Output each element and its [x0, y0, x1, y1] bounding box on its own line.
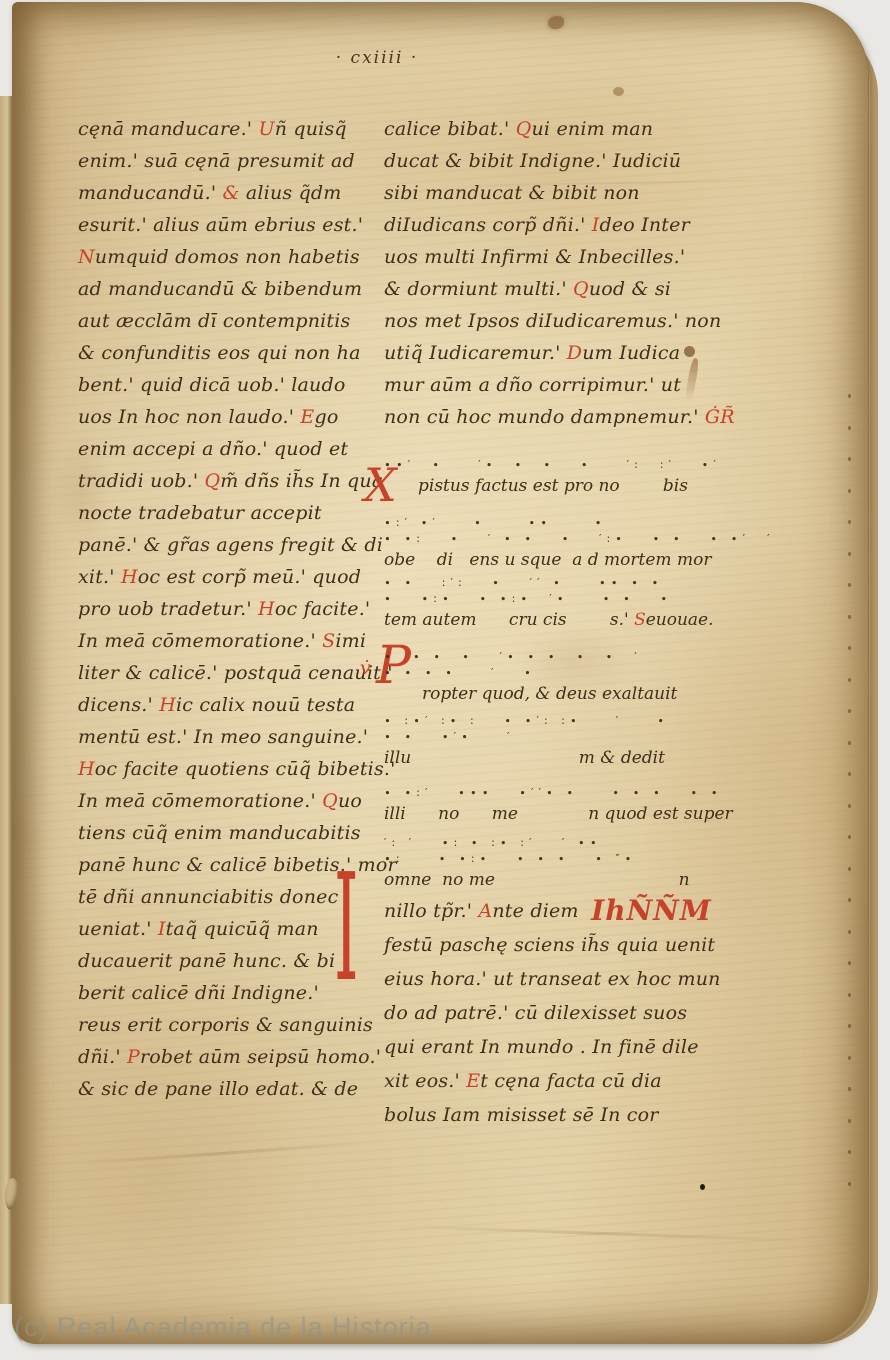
chant-text-line: obe di ens u sque a d mortem mor: [384, 547, 734, 573]
text-line: dicens.' Hic calix nouū testa: [78, 690, 378, 722]
neume-row: ∙ ∙:∙ ∙ ∙:∙ ′∙ ∙ ∙ ∙: [384, 591, 734, 607]
text-line: Numquid domos non habetis: [78, 242, 378, 274]
text-line: do ad patrē.' cū dilexisset suos: [384, 997, 724, 1031]
prick-hole: [848, 1119, 851, 1123]
text-line: panē.' & gr̃as agens fregit & di: [78, 530, 378, 562]
text-line: berit calicē dñi Indigne.': [78, 978, 378, 1010]
text-line: nocte tradebatur accepit: [78, 498, 378, 530]
text-line: In meā cōmemoratione.' Simi: [78, 626, 378, 658]
text-line: & dormiunt multi.' Quod & si: [384, 274, 720, 306]
right-text-column: calice bibat.' Qui enim manducat & bibit…: [384, 114, 720, 434]
parchment-page: · cxiiii · cęnā manducare.' Uñ quisq̃eni…: [12, 2, 869, 1344]
neume-row: ∙ ∙: ∙ ′ ∙ ∙ ∙ ′:∙ ∙ ∙ ∙ ∙′ ′: [384, 531, 734, 547]
text-line: uos In hoc non laudo.' Ego: [78, 402, 378, 434]
neume-row: ′: ′ ∙: ∙ :∙ :′ ′ ∙∙: [384, 835, 734, 851]
prick-hole: [848, 930, 851, 934]
chant-system: ∙ ∙ :′: ∙ ′′ ∙ ∙∙ ∙ ∙∙ ∙:∙ ∙ ∙:∙ ′∙ ∙ ∙ …: [384, 575, 734, 633]
prick-hole: [848, 835, 851, 839]
folio-number: · cxiiii ·: [302, 48, 452, 68]
prick-hole: [848, 583, 851, 587]
text-line: xit.' Hoc est corp̃ meū.' quod: [78, 562, 378, 594]
gospel-margin-initial: I: [334, 858, 359, 998]
manuscript-scan: { "page": { "folio_number": "· cxiiii ·"…: [0, 0, 890, 1360]
text-line: xit eos.' Et cęna facta cū dia: [384, 1065, 724, 1099]
text-line: enim accepi a dño.' quod et: [78, 434, 378, 466]
prick-hole: [848, 520, 851, 524]
prick-hole: [848, 772, 851, 776]
neume-row: ∙:′ ∙′ ∙ ∙∙ ∙: [384, 515, 734, 531]
text-line: In meā cōmemoratione.' Quo: [78, 786, 378, 818]
neume-row: ∙: ∙ ∙:∙ ∙ ∙ ∙ ∙ ″∙: [384, 851, 734, 867]
chant-system: ∙ ∙:′ ∙∙∙ ∙′′∙ ∙ ∙ ∙ ∙ ∙ ∙illi no me n q…: [384, 785, 734, 827]
chant-notation-block: X v̇ P ∙∙′ ∙ ′∙ ∙ ∙ ∙ ′: :′ ∙′pistus fac…: [384, 449, 734, 901]
neume-row: ∙ ∙:′ ∙∙∙ ∙′′∙ ∙ ∙ ∙ ∙ ∙ ∙: [384, 785, 734, 801]
neume-row: ∙ ∙ ∙′∙ ′: [384, 729, 734, 745]
chant-text-line: ropter quod, & deus exaltauit: [422, 681, 734, 707]
prick-hole: [848, 804, 851, 808]
text-line: panē hunc & calicē bibetis.' mor: [78, 850, 378, 882]
chant-text-line: pistus factus est pro no bis: [418, 473, 734, 499]
text-line: nos met Ipsos diIudicaremus.' non: [384, 306, 720, 338]
text-line: qui erant In mundo . In finē dile: [384, 1031, 724, 1065]
text-line: ad manducandū & bibendum: [78, 274, 378, 306]
prick-hole: [848, 961, 851, 965]
chant-system: ∙ ∙ ∙ ∙ ′∙ ∙ ∙ ∙ ∙ ′∙ ∙ ∙ ∙ ′ ∙ropter qu…: [384, 649, 734, 707]
neume-row: ∙ ∙ ∙ ∙ ′∙ ∙ ∙ ∙ ∙ ′: [384, 649, 734, 665]
text-line: sibi manducat & bibit non: [384, 178, 720, 210]
text-line: bolus Iam misisset sē In cor: [384, 1099, 724, 1133]
text-line: tē dñi annunciabitis donec: [78, 882, 378, 914]
text-line: ueniat.' Itaq̃ quicūq̃ man: [78, 914, 378, 946]
prick-hole: [848, 1087, 851, 1091]
text-line: nillo tp̃r.' Ante diem IhÑÑM: [384, 895, 724, 929]
text-line: aut æcclām dī contempnitis: [78, 306, 378, 338]
prick-hole: [848, 678, 851, 682]
prick-hole: [848, 1024, 851, 1028]
text-line: pro uob tradetur.' Hoc facite.': [78, 594, 378, 626]
prick-hole: [848, 646, 851, 650]
text-line: enim.' suā cęnā presumit ad: [78, 146, 378, 178]
text-line: non cū hoc mundo dampnemur.' ĠR̃: [384, 402, 720, 434]
text-line: calice bibat.' Qui enim man: [384, 114, 720, 146]
stain: [613, 87, 624, 96]
text-line: ducauerit panē hunc. & bi: [78, 946, 378, 978]
text-line: uos multi Infirmi & Inbecilles.': [384, 242, 720, 274]
neume-row: ∙ ∙ :′: ∙ ′′ ∙ ∙∙ ∙ ∙: [384, 575, 734, 591]
text-line: diIudicans corp̃ dñi.' Ideo Inter: [384, 210, 720, 242]
neume-row: ∙ ∙ ∙ ∙ ′ ∙: [384, 665, 734, 681]
ink-speck: [700, 1184, 705, 1190]
text-line: dñi.' Probet aūm seipsū homo.': [78, 1042, 378, 1074]
text-line: mur aūm a dño corripimur.' ut: [384, 370, 720, 402]
text-line: ducat & bibit Indigne.' Iudiciū: [384, 146, 720, 178]
versicle-marker: v̇: [360, 657, 371, 679]
chant-system: ∙∙′ ∙ ′∙ ∙ ∙ ∙ ′: :′ ∙′pistus factus est…: [384, 457, 734, 499]
prick-hole: [848, 457, 851, 461]
stain: [548, 16, 564, 29]
text-line: utiq̃ Iudicaremur.' Dum Iudica: [384, 338, 720, 370]
text-line: cęnā manducare.' Uñ quisq̃: [78, 114, 378, 146]
left-text-column: cęnā manducare.' Uñ quisq̃enim.' suā cęn…: [78, 114, 378, 1106]
text-line: & confunditis eos qui non ha: [78, 338, 378, 370]
prick-hole: [848, 1182, 851, 1186]
chant-system: ∙ :∙′ :∙ : ∙ ∙′: :∙ ′ ∙∙ ∙ ∙′∙ ′illu m &…: [384, 713, 734, 771]
chant-system: ∙:′ ∙′ ∙ ∙∙ ∙∙ ∙: ∙ ′ ∙ ∙ ∙ ′:∙ ∙ ∙ ∙ ∙′…: [384, 515, 734, 573]
text-line: reus erit corporis & sanguinis: [78, 1010, 378, 1042]
text-line: tiens cūq̃ enim manducabitis: [78, 818, 378, 850]
text-line: Hoc facite quotiens cūq̃ bibetis.': [78, 754, 378, 786]
chant-system: ′: ′ ∙: ∙ :∙ :′ ′ ∙∙∙: ∙ ∙:∙ ∙ ∙ ∙ ∙ ″∙o…: [384, 835, 734, 893]
prick-hole: [848, 867, 851, 871]
prick-hole: [848, 426, 851, 430]
prick-hole: [848, 1150, 851, 1154]
neume-row: ∙ :∙′ :∙ : ∙ ∙′: :∙ ′ ∙: [384, 713, 734, 729]
neume-row: ∙∙′ ∙ ′∙ ∙ ∙ ∙ ′: :′ ∙′: [384, 457, 734, 473]
prick-hole: [848, 552, 851, 556]
text-line: bent.' quid dicā uob.' laudo: [78, 370, 378, 402]
text-line: mentū est.' In meo sanguine.': [78, 722, 378, 754]
prick-hole: [848, 615, 851, 619]
prick-hole: [848, 709, 851, 713]
prick-hole: [848, 741, 851, 745]
prick-hole: [848, 898, 851, 902]
parchment-wrinkle: [392, 1225, 812, 1243]
chant-text-line: illi no me n quod est super: [384, 801, 734, 827]
text-line: festū paschę sciens ih̃s quia uenit: [384, 929, 724, 963]
text-line: eius hora.' ut transeat ex hoc mun: [384, 963, 724, 997]
chant-text-line: illu m & dedit: [384, 745, 734, 771]
parchment-wrinkle: [72, 1142, 371, 1166]
text-line: manducandū.' & alius q̃dm: [78, 178, 378, 210]
prick-hole: [848, 1056, 851, 1060]
chant-text-line: tem autem cru cis s.' Seuouae.: [384, 607, 734, 633]
prick-hole: [848, 489, 851, 493]
text-line: liter & calicē.' postquā cenauit.': [78, 658, 378, 690]
watermark: (c) Real Academia de la Historia: [14, 1312, 432, 1343]
chant-text-line: omne no me n: [384, 867, 734, 893]
text-line: & sic de pane illo edat. & de: [78, 1074, 378, 1106]
gospel-text-block: nillo tp̃r.' Ante diem IhÑÑMfestū paschę…: [384, 895, 724, 1133]
text-line: tradidi uob.' Qm̃ dñs ih̃s In qua: [78, 466, 378, 498]
text-line: esurit.' alius aūm ebrius est.': [78, 210, 378, 242]
prick-hole: [848, 394, 851, 398]
prick-hole: [848, 993, 851, 997]
